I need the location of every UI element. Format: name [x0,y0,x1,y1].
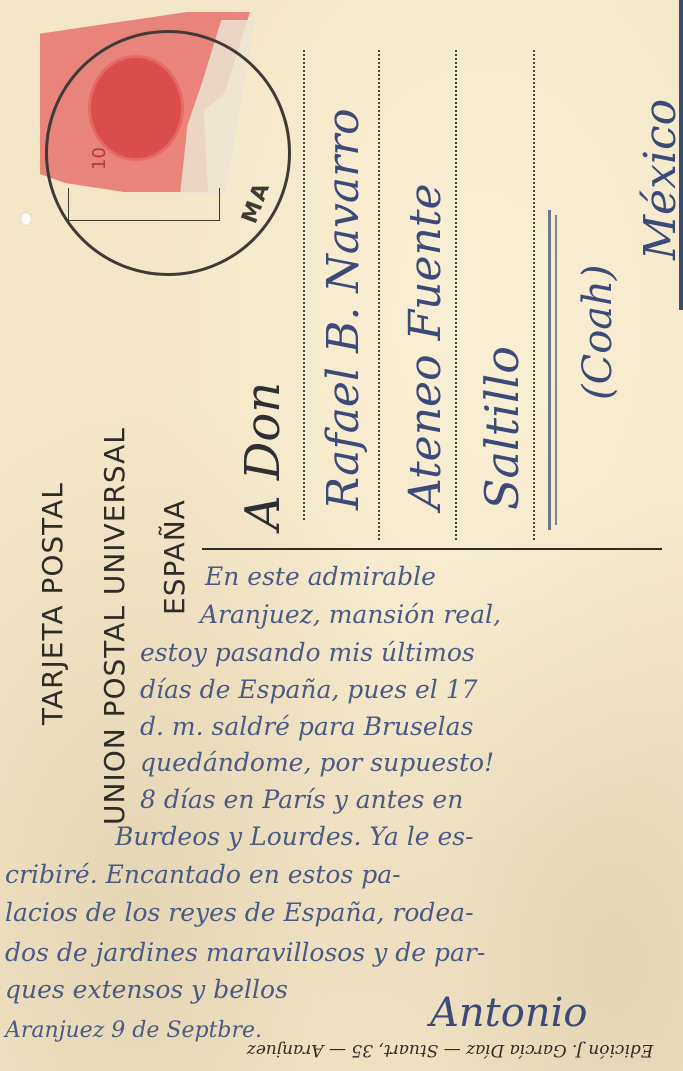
printed-union: UNION POSTAL UNIVERSAL [98,427,131,825]
stamp-box [68,188,220,221]
postmark-circle [45,30,291,276]
message-line: quedándome, por supuesto! [140,748,494,777]
handwritten-underline [548,210,551,530]
postcard-back: 10 MA TARJETA POSTAL UNION POSTAL UNIVER… [0,0,683,1071]
section-divider [202,548,662,550]
signature: Antonio [430,990,587,1036]
address-city: Saltillo [475,346,529,510]
message-line: Burdeos y Lourdes. Ya le es- [115,822,474,851]
printed-country: ESPAÑA [158,499,191,615]
handwritten-underline [555,215,557,525]
address-institution: Ateneo Fuente [400,183,451,510]
address-line-dotted [455,50,457,540]
message-line: estoy pasando mis últimos [140,638,475,667]
message-line: lacios de los reyes de España, rodea- [5,898,474,927]
punch-hole [20,212,32,226]
message-line: dos de jardines maravillosos y de par- [5,938,485,967]
message-line: días de España, pues el 17 [140,675,478,704]
message-line: d. m. saldré para Bruselas [140,712,473,741]
message-dateline: Aranjuez 9 de Septbre. [5,1018,262,1043]
message-line: ques extensos y bellos [5,975,288,1004]
address-line-dotted [303,50,305,520]
message-line: En este admirable [205,562,436,591]
address-line-dotted [378,50,380,540]
address-line-dotted [533,50,535,540]
printed-title: TARJETA POSTAL [36,482,69,725]
publisher-imprint: Edición J. García Díaz — Stuart, 35 — Ar… [240,1040,660,1060]
address-country: México [635,99,683,260]
address-salutation: A Don [235,382,291,530]
message-line: cribiré. Encantado en estos pa- [5,860,401,889]
address-state: (Coah) [575,264,621,400]
address-recipient: Rafael B. Navarro [318,108,369,510]
message-line: 8 días en París y antes en [140,785,463,814]
message-line: Aranjuez, mansión real, [200,600,501,629]
